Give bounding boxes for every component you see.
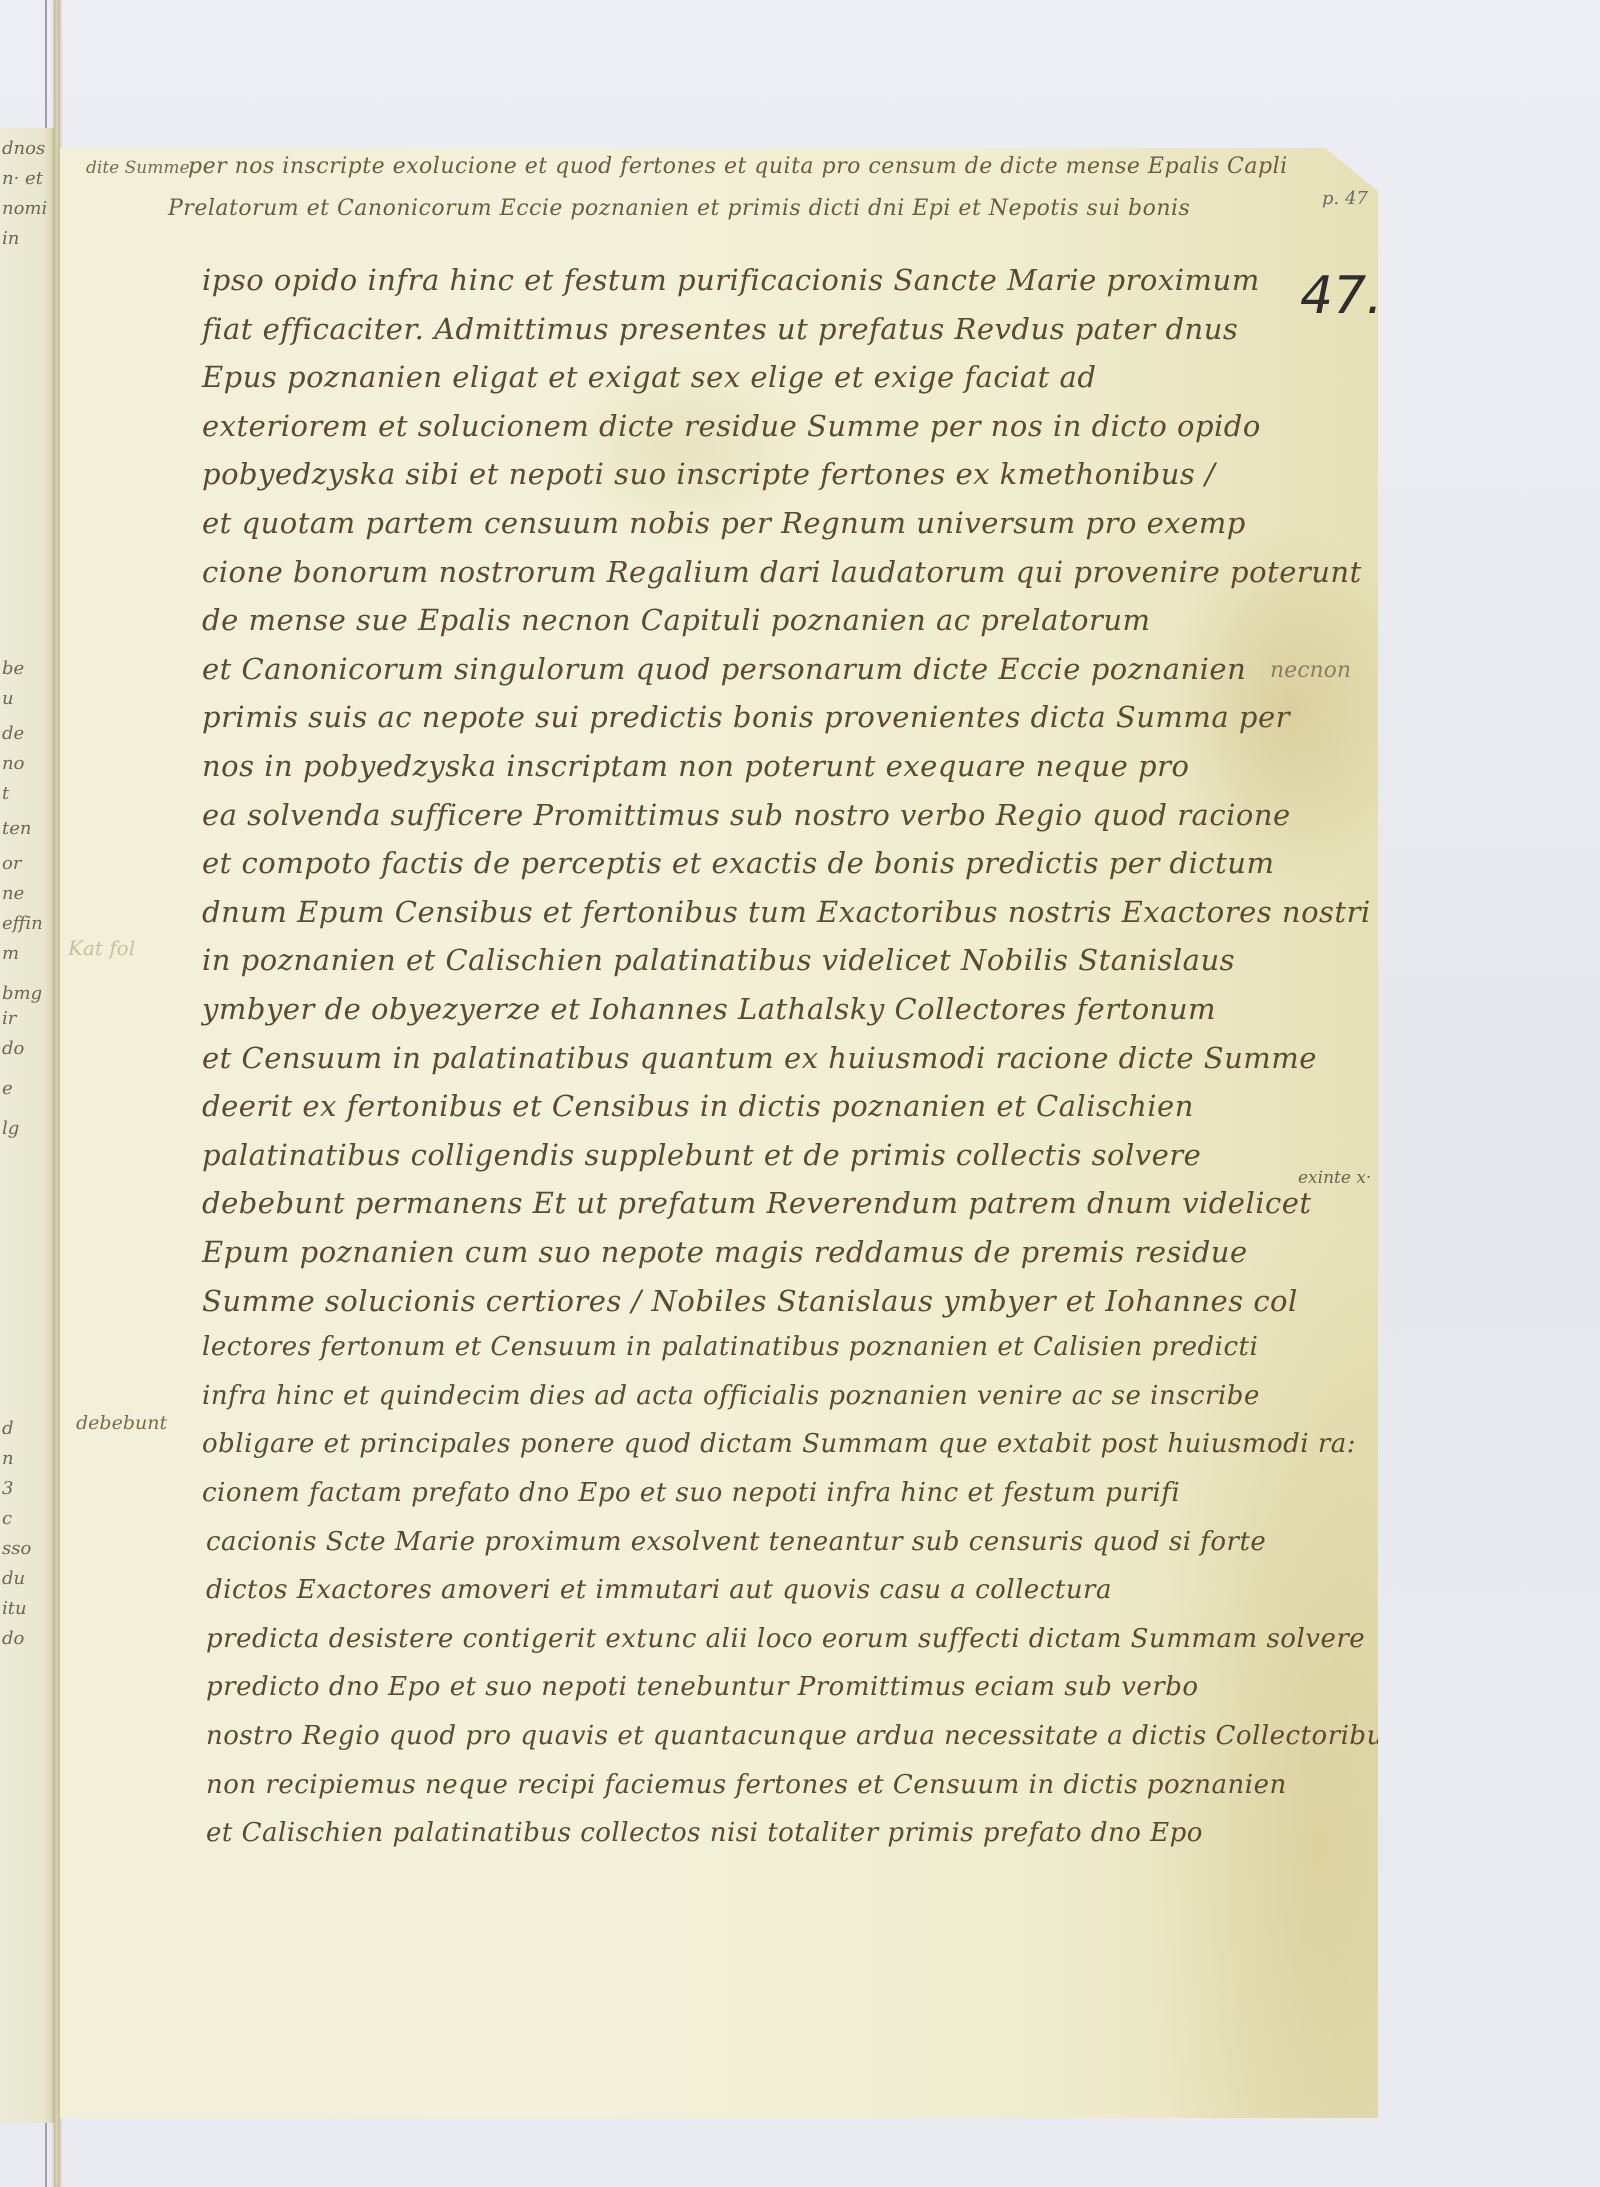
previous-page-gloss: c (2, 1508, 54, 1529)
previous-page-gloss: n· et (2, 168, 54, 189)
text-line: cione bonorum nostrorum Regalium dari la… (202, 555, 1362, 589)
previous-page-gloss: effin (2, 913, 54, 934)
old-folio-note: p. 47 (1322, 188, 1368, 209)
previous-page-gloss: ir (2, 1008, 54, 1029)
previous-page-gloss: dnos (2, 138, 54, 159)
previous-page-gloss: de (2, 723, 54, 744)
previous-page-gloss: ne (2, 883, 54, 904)
text-line: palatinatibus colligendis supplebunt et … (202, 1138, 1201, 1172)
right-margin-note-necnon: necnon (1270, 658, 1351, 683)
previous-page-gloss: t (2, 783, 54, 804)
previous-page-gloss: e (2, 1078, 54, 1099)
previous-page-gloss: n (2, 1448, 54, 1469)
left-margin-note-faint: Kat fol (68, 936, 135, 960)
text-line: pobyedzyska sibi et nepoti suo inscripte… (202, 457, 1215, 491)
text-line: debebunt permanens Et ut prefatum Revere… (202, 1186, 1312, 1220)
text-line: in poznanien et Calischien palatinatibus… (202, 943, 1235, 977)
text-line: deerit ex fertonibus et Censibus in dict… (202, 1089, 1194, 1123)
previous-page-gloss: du (2, 1568, 54, 1589)
text-line: obligare et principales ponere quod dict… (202, 1429, 1356, 1459)
previous-page-gloss: sso (2, 1538, 54, 1559)
previous-page-gloss: do (2, 1628, 54, 1649)
text-line: predicto dno Epo et suo nepoti tenebuntu… (206, 1672, 1199, 1702)
text-line: dictos Exactores amoveri et immutari aut… (206, 1575, 1112, 1605)
text-line: Summe solucionis certiores / Nobiles Sta… (202, 1284, 1298, 1318)
folio-number: 47. (1300, 266, 1383, 326)
previous-page-gloss: no (2, 753, 54, 774)
text-line: et quotam partem censuum nobis per Regnu… (202, 506, 1246, 540)
previous-page-gloss: ten (2, 818, 54, 839)
header-left-margin-note: dite Summe (86, 158, 190, 178)
previous-page-gloss: or (2, 853, 54, 874)
previous-page-gloss: be (2, 658, 54, 679)
previous-page-gloss: in (2, 228, 54, 249)
text-line: infra hinc et quindecim dies ad acta off… (202, 1381, 1260, 1411)
text-line: ymbyer de obyezyerze et Iohannes Lathals… (202, 992, 1216, 1026)
text-line: nostro Regio quod pro quavis et quantacu… (206, 1721, 1398, 1751)
previous-page-gloss: d (2, 1418, 54, 1439)
text-line: et compoto factis de perceptis et exacti… (202, 846, 1274, 880)
text-line: primis suis ac nepote sui predictis boni… (202, 700, 1290, 734)
text-line: non recipiemus neque recipi faciemus fer… (206, 1770, 1287, 1800)
previous-page-gloss: bmg (2, 983, 54, 1004)
text-line: ipso opido infra hinc et festum purifica… (202, 263, 1260, 297)
text-line: lectores fertonum et Censuum in palatina… (202, 1332, 1258, 1362)
text-line: Epus poznanien eligat et exigat sex elig… (202, 360, 1096, 394)
text-line: predicta desistere contigerit extunc ali… (206, 1624, 1365, 1654)
header-line-1: per nos inscripte exolucione et quod fer… (188, 154, 1288, 179)
right-margin-note-exinte: exinte x· (1298, 1168, 1371, 1188)
previous-page-gloss: nomi (2, 198, 54, 219)
text-line: Epum poznanien cum suo nepote magis redd… (202, 1235, 1248, 1269)
text-line: et Censuum in palatinatibus quantum ex h… (202, 1041, 1317, 1075)
left-margin-note-debebunt: debebunt (76, 1412, 167, 1434)
previous-page-gloss: u (2, 688, 54, 709)
text-line: fiat efficaciter. Admittimus presentes u… (202, 312, 1238, 346)
previous-page-gloss: do (2, 1038, 54, 1059)
text-line: nos in pobyedzyska inscriptam non poteru… (202, 749, 1189, 783)
text-line: de mense sue Epalis necnon Capituli pozn… (202, 603, 1151, 637)
text-line: et Canonicorum singulorum quod personaru… (202, 652, 1246, 686)
previous-page-edge: dnosn· etnomiinbeudenottenorneeffinmbmgi… (0, 128, 54, 2123)
previous-page-gloss: lg (2, 1118, 54, 1139)
header-line-2: Prelatorum et Canonicorum Eccie poznanie… (168, 196, 1190, 221)
text-line: exteriorem et solucionem dicte residue S… (202, 409, 1261, 443)
previous-page-gloss: 3 (2, 1478, 54, 1499)
text-line: ea solvenda sufficere Promittimus sub no… (202, 798, 1291, 832)
text-line: cacionis Scte Marie proximum exsolvent t… (206, 1527, 1266, 1557)
previous-page-gloss: m (2, 943, 54, 964)
previous-page-gloss: itu (2, 1598, 54, 1619)
text-line: dnum Epum Censibus et fertonibus tum Exa… (202, 895, 1371, 929)
manuscript-leaf: dite Summe per nos inscripte exolucione … (60, 148, 1378, 2118)
text-line: et Calischien palatinatibus collectos ni… (206, 1818, 1203, 1848)
text-line: cionem factam prefato dno Epo et suo nep… (202, 1478, 1180, 1508)
book-gutter (54, 0, 60, 2187)
